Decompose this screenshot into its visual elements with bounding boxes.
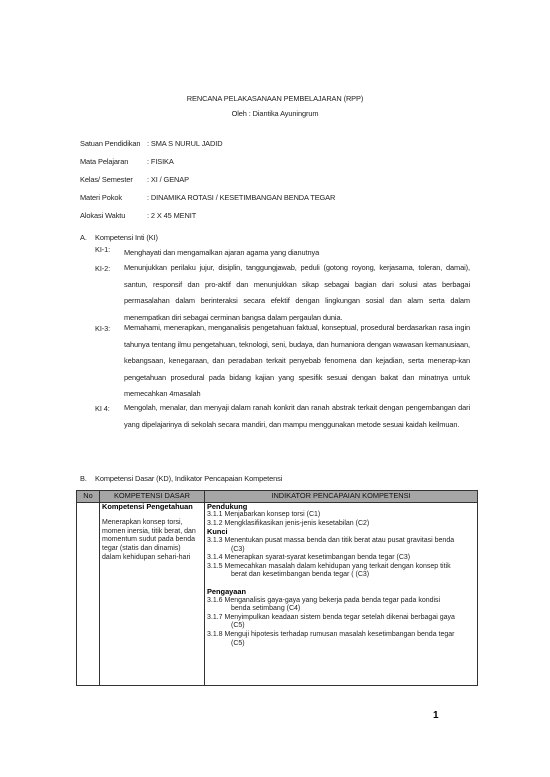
kd-table: No KOMPETENSI DASAR INDIKATOR PENCAPAIAN… — [76, 490, 478, 686]
indicator-item: 3.1.1 Menjabarkan konsep torsi (C1) — [207, 511, 475, 520]
document-title: RENCANA PELAKASANAAN PEMBELAJARAN (RPP) — [0, 94, 550, 103]
indicator-item-cont: berat dan kesetimbangan benda tegar ( (C… — [207, 571, 475, 580]
group-title: Pendukung — [207, 503, 475, 512]
meta-label-satuan: Satuan Pendidikan — [80, 139, 140, 148]
meta-label-alokasi: Alokasi Waktu — [80, 211, 125, 220]
ki-3-text: Memahami, menerapkan, menganalisis penge… — [124, 320, 470, 403]
meta-value-alokasi: : 2 X 45 MENIT — [147, 211, 196, 220]
ki-2-label: KI-2: — [95, 264, 110, 273]
header-ipk: INDIKATOR PENCAPAIAN KOMPETENSI — [205, 491, 478, 503]
ki-2-text: Menunjukkan perilaku jujur, disiplin, ta… — [124, 260, 470, 326]
meta-value-kelas: : XI / GENAP — [147, 175, 189, 184]
meta-label-materi: Materi Pokok — [80, 193, 122, 202]
indicator-item: 3.1.6 Menganalisis gaya-gaya yang bekerj… — [207, 597, 475, 606]
document-author: Oleh : Diantika Ayuningrum — [0, 109, 550, 118]
group-title: Kunci — [207, 528, 475, 537]
indicator-item: 3.1.4 Menerapkan syarat-syarat kesetimba… — [207, 554, 475, 563]
meta-value-mapel: : FISIKA — [147, 157, 174, 166]
ki-3-label: KI-3: — [95, 324, 110, 333]
group-pendukung: Pendukung 3.1.1 Menjabarkan konsep torsi… — [207, 503, 475, 529]
indicator-item-cont: (C3) — [207, 546, 475, 555]
meta-label-mapel: Mata Pelajaran — [80, 157, 128, 166]
header-no: No — [77, 491, 100, 503]
indicator-item: 3.1.8 Menguji hipotesis terhadap rumusan… — [207, 631, 475, 640]
indicator-item: 3.1.7 Menyimpulkan keadaan sistem benda … — [207, 614, 475, 623]
group-kunci: Kunci 3.1.3 Menentukan pusat massa benda… — [207, 528, 475, 580]
indicator-item: 3.1.5 Memecahkan masalah dalam kehidupan… — [207, 563, 475, 572]
indicator-item-cont: (C5) — [207, 640, 475, 649]
indicator-item-cont: (C5) — [207, 622, 475, 631]
cell-ipk: Pendukung 3.1.1 Menjabarkan konsep torsi… — [205, 502, 478, 685]
meta-value-materi: : DINAMIKA ROTASI / KESETIMBANGAN BENDA … — [147, 193, 335, 202]
ki-1-label: KI-1: — [95, 245, 110, 254]
page-number: 1 — [433, 710, 439, 721]
document-page: RENCANA PELAKASANAAN PEMBELAJARAN (RPP) … — [0, 0, 550, 777]
group-pengayaan: Pengayaan 3.1.6 Menganalisis gaya-gaya y… — [207, 588, 475, 648]
ki-4-label: KI 4: — [95, 404, 110, 413]
section-b-heading: Kompetensi Dasar (KD), Indikator Pencapa… — [95, 474, 282, 483]
section-a-marker: A. — [80, 233, 87, 242]
indicator-item: 3.1.2 Mengklasifikasikan jenis-jenis kes… — [207, 520, 475, 529]
indicator-item: 3.1.3 Menentukan pusat massa benda dan t… — [207, 537, 475, 546]
kd-title: Kompetensi Pengetahuan — [102, 503, 202, 512]
section-a-heading: Kompetensi Inti (KI) — [95, 233, 158, 242]
cell-kd: Kompetensi Pengetahuan Menerapkan konsep… — [100, 502, 205, 685]
meta-value-satuan: : SMA S NURUL JADID — [147, 139, 222, 148]
ki-4-text: Mengolah, menalar, dan menyaji dalam ran… — [124, 400, 470, 433]
kd-table-header: No KOMPETENSI DASAR INDIKATOR PENCAPAIAN… — [77, 491, 478, 503]
header-kd: KOMPETENSI DASAR — [100, 491, 205, 503]
group-title: Pengayaan — [207, 588, 475, 597]
section-b-marker: B. — [80, 474, 87, 483]
table-row: Kompetensi Pengetahuan Menerapkan konsep… — [77, 502, 478, 685]
meta-label-kelas: Kelas/ Semester — [80, 175, 133, 184]
indicator-item-cont: benda setimbang (C4) — [207, 605, 475, 614]
kd-text: Menerapkan konsep torsi, momen inersia, … — [102, 519, 200, 562]
cell-no — [77, 502, 100, 685]
